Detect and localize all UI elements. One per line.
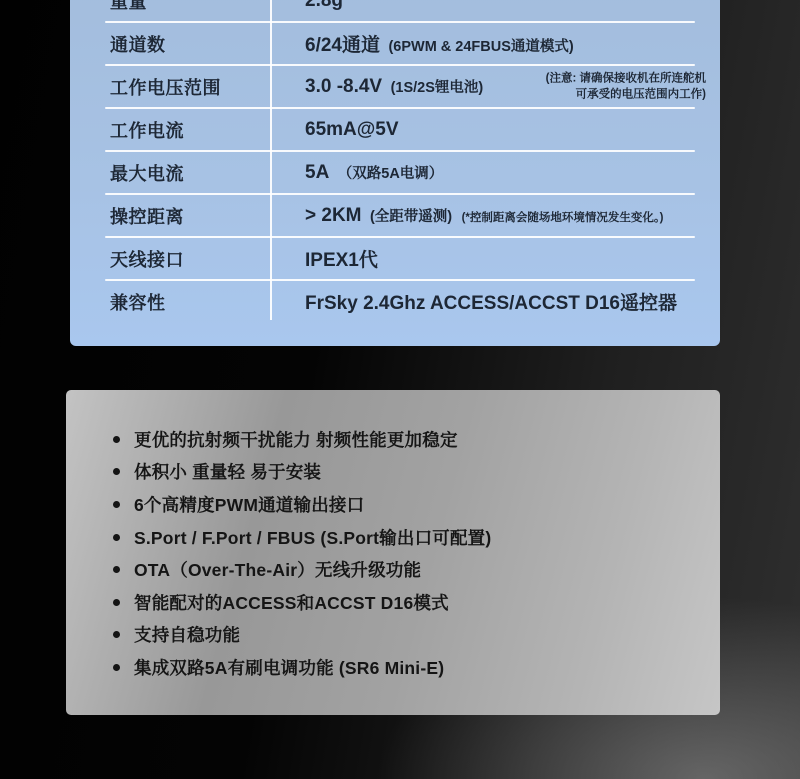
spec-value-text: IPEX1代: [305, 250, 378, 271]
spec-label: 重量: [70, 0, 270, 14]
voltage-warning-line1: (注意: 请确保接收机在所连舵机: [546, 70, 706, 87]
table-row-antenna: 天线接口 IPEX1代: [70, 237, 720, 280]
spec-value-text: 5A: [305, 162, 329, 183]
feature-text: S.Port / F.Port / FBUS (S.Port输出口可配置): [134, 525, 491, 550]
bullet-icon: [113, 501, 120, 508]
spec-value: > 2KM (全距带遥测) (*控制距离会随场地环境情况发生变化。): [270, 205, 720, 227]
spec-label: 通道数: [70, 31, 270, 57]
spec-value-text: > 2KM: [305, 205, 362, 226]
table-row-weight: 重量 2.8g: [70, 0, 720, 22]
spec-value: 3.0 -8.4V (1S/2S锂电池) (注意: 请确保接收机在所连舵机 可承…: [270, 76, 720, 98]
spec-label: 工作电压范围: [70, 74, 270, 100]
spec-value-text: 6/24通道: [305, 35, 380, 56]
feature-text: 集成双路5A有刷电调功能 (SR6 Mini-E): [134, 655, 444, 680]
spec-value: 65mA@5V: [270, 119, 720, 141]
range-disclaimer-note: (*控制距离会随场地环境情况发生变化。): [462, 212, 664, 224]
feature-text: 体积小 重量轻 易于安装: [134, 459, 321, 484]
spec-value-suffix: (全距带遥测): [370, 209, 452, 225]
feature-item: 智能配对的ACCESS和ACCST D16模式: [113, 586, 700, 619]
spec-label: 天线接口: [70, 246, 270, 272]
table-row-current: 工作电流 65mA@5V: [70, 108, 720, 151]
bullet-icon: [113, 566, 120, 573]
spec-label: 兼容性: [70, 289, 270, 315]
feature-item: 集成双路5A有刷电调功能 (SR6 Mini-E): [113, 651, 700, 684]
page: { "colors":{ "table_bg":"#a7c2e4", "tabl…: [0, 0, 800, 779]
spec-label: 工作电流: [70, 117, 270, 143]
spec-value-suffix: (6PWM & 24FBUS通道模式): [388, 39, 573, 55]
bullet-icon: [113, 631, 120, 638]
table-row-max-current: 最大电流 5A （双路5A电调）: [70, 151, 720, 194]
feature-item: OTA（Over-The-Air）无线升级功能: [113, 553, 700, 586]
bullet-icon: [113, 436, 120, 443]
feature-text: 智能配对的ACCESS和ACCST D16模式: [134, 590, 449, 615]
spec-value-text: FrSky 2.4Ghz ACCESS/ACCST D16遥控器: [305, 293, 677, 314]
feature-item: S.Port / F.Port / FBUS (S.Port输出口可配置): [113, 521, 700, 554]
spec-value-text: 2.8g: [305, 0, 343, 11]
bullet-icon: [113, 534, 120, 541]
spec-value: 2.8g: [270, 0, 720, 12]
feature-text: 支持自稳功能: [134, 622, 240, 647]
spec-value: IPEX1代: [270, 245, 720, 272]
spec-table-panel: 重量 2.8g 通道数 6/24通道 (6PWM & 24FBUS通道模式) 工…: [70, 0, 720, 346]
bullet-icon: [113, 599, 120, 606]
spec-value: 5A （双路5A电调）: [270, 162, 720, 184]
features-panel: 更优的抗射频干扰能力 射频性能更加稳定 体积小 重量轻 易于安装 6个高精度PW…: [66, 390, 720, 715]
feature-text: 更优的抗射频干扰能力 射频性能更加稳定: [134, 427, 458, 452]
table-row-channels: 通道数 6/24通道 (6PWM & 24FBUS通道模式): [70, 22, 720, 65]
table-row-voltage: 工作电压范围 3.0 -8.4V (1S/2S锂电池) (注意: 请确保接收机在…: [70, 65, 720, 108]
spec-label: 操控距离: [70, 203, 270, 229]
bullet-icon: [113, 664, 120, 671]
spec-label: 最大电流: [70, 160, 270, 186]
bullet-icon: [113, 468, 120, 475]
feature-text: 6个高精度PWM通道输出接口: [134, 492, 364, 517]
voltage-warning-note: (注意: 请确保接收机在所连舵机 可承受的电压范围内工作): [546, 70, 706, 103]
feature-text: OTA（Over-The-Air）无线升级功能: [134, 557, 421, 582]
voltage-warning-line2: 可承受的电压范围内工作): [546, 87, 706, 104]
feature-item: 体积小 重量轻 易于安装: [113, 456, 700, 489]
spec-value: 6/24通道 (6PWM & 24FBUS通道模式): [270, 30, 720, 57]
feature-item: 支持自稳功能: [113, 619, 700, 652]
spec-value-text: 65mA@5V: [305, 119, 399, 140]
table-row-range: 操控距离 > 2KM (全距带遥测) (*控制距离会随场地环境情况发生变化。): [70, 194, 720, 237]
spec-value-text: 3.0 -8.4V: [305, 76, 382, 97]
feature-item: 6个高精度PWM通道输出接口: [113, 488, 700, 521]
spec-value: FrSky 2.4Ghz ACCESS/ACCST D16遥控器: [270, 288, 720, 315]
spec-value-suffix: (1S/2S锂电池): [391, 80, 484, 96]
spec-value-suffix: （双路5A电调）: [338, 166, 444, 182]
feature-item: 更优的抗射频干扰能力 射频性能更加稳定: [113, 423, 700, 456]
table-row-compatibility: 兼容性 FrSky 2.4Ghz ACCESS/ACCST D16遥控器: [70, 280, 720, 323]
